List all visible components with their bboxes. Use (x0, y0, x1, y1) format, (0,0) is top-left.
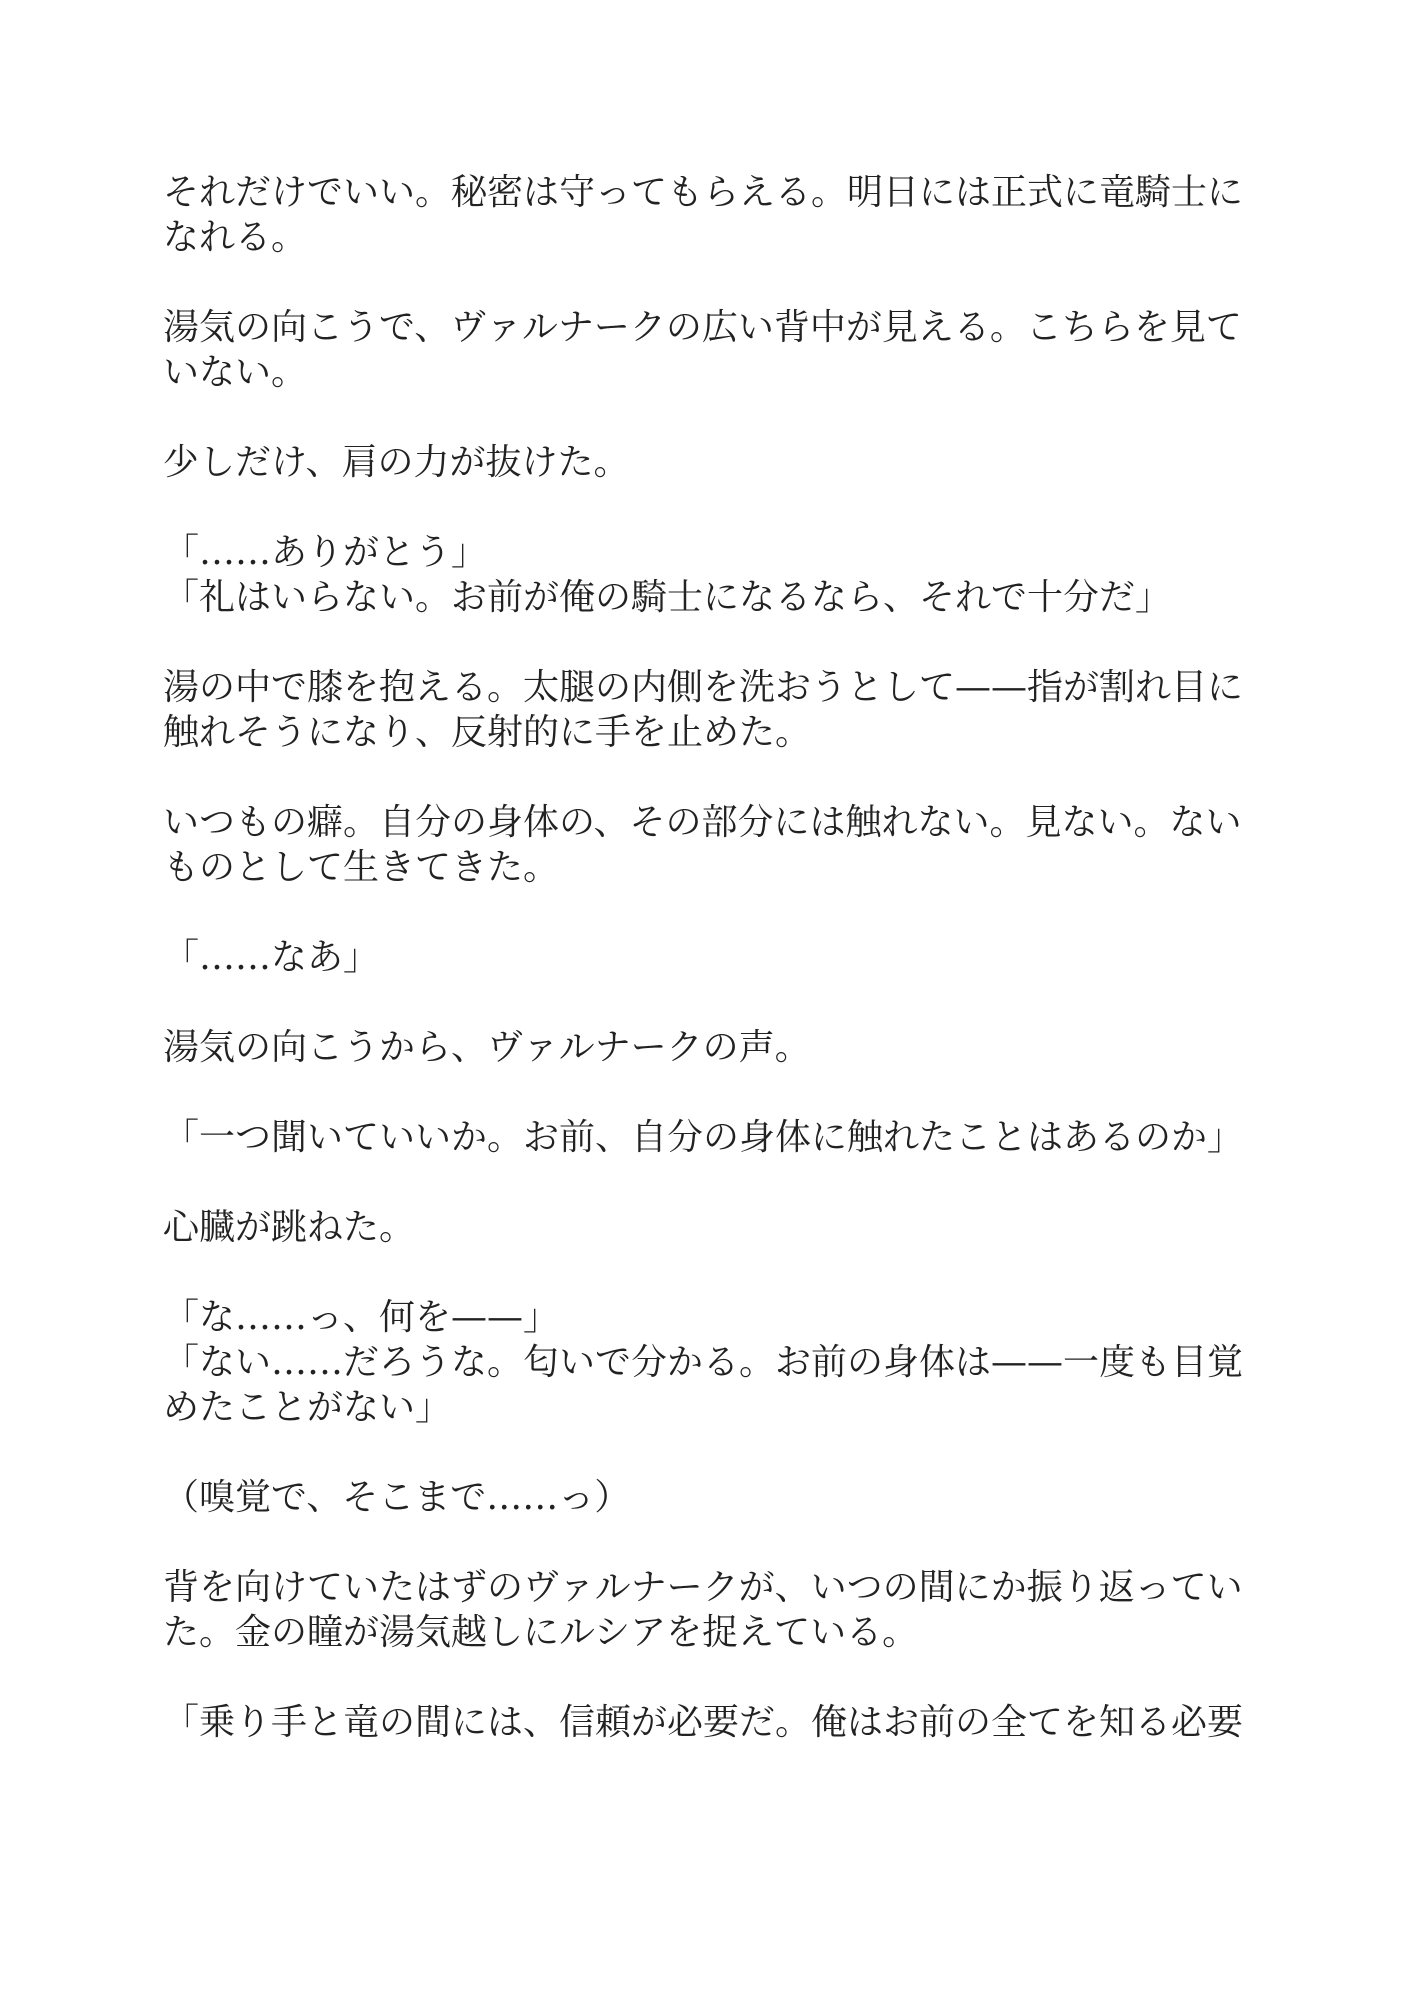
paragraph: 湯気の向こうから、ヴァルナークの声。 (163, 1025, 1257, 1070)
dialogue-paragraph: 「……ありがとう」 「礼はいらない。お前が俺の騎士になるなら、それで十分だ」 (163, 530, 1257, 620)
dialogue-paragraph: 「な……っ、何を——」 「ない……だろうな。匂いで分かる。お前の身体は——一度も… (163, 1295, 1257, 1430)
document-page: それだけでいい。秘密は守ってもらえる。明日には正式に竜騎士に なれる。 湯気の向… (0, 0, 1415, 2000)
paragraph: いつもの癖。自分の身体の、その部分には触れない。見ない。ない ものとして生きてき… (163, 800, 1257, 890)
paragraph: 心臓が跳ねた。 (163, 1205, 1257, 1250)
paragraph: それだけでいい。秘密は守ってもらえる。明日には正式に竜騎士に なれる。 (163, 170, 1257, 260)
dialogue-paragraph: 「一つ聞いていいか。お前、自分の身体に触れたことはあるのか」 (163, 1115, 1257, 1160)
dialogue-paragraph: 「……なあ」 (163, 935, 1257, 980)
paragraph: 湯気の向こうで、ヴァルナークの広い背中が見える。こちらを見て いない。 (163, 305, 1257, 395)
inner-thought-paragraph: （嗅覚で、そこまで……っ） (163, 1475, 1257, 1520)
dialogue-paragraph: 「乗り手と竜の間には、信頼が必要だ。俺はお前の全てを知る必要 (163, 1700, 1257, 1745)
paragraph: 湯の中で膝を抱える。太腿の内側を洗おうとして——指が割れ目に 触れそうになり、反… (163, 665, 1257, 755)
paragraph: 少しだけ、肩の力が抜けた。 (163, 440, 1257, 485)
paragraph: 背を向けていたはずのヴァルナークが、いつの間にか振り返ってい た。金の瞳が湯気越… (163, 1565, 1257, 1655)
